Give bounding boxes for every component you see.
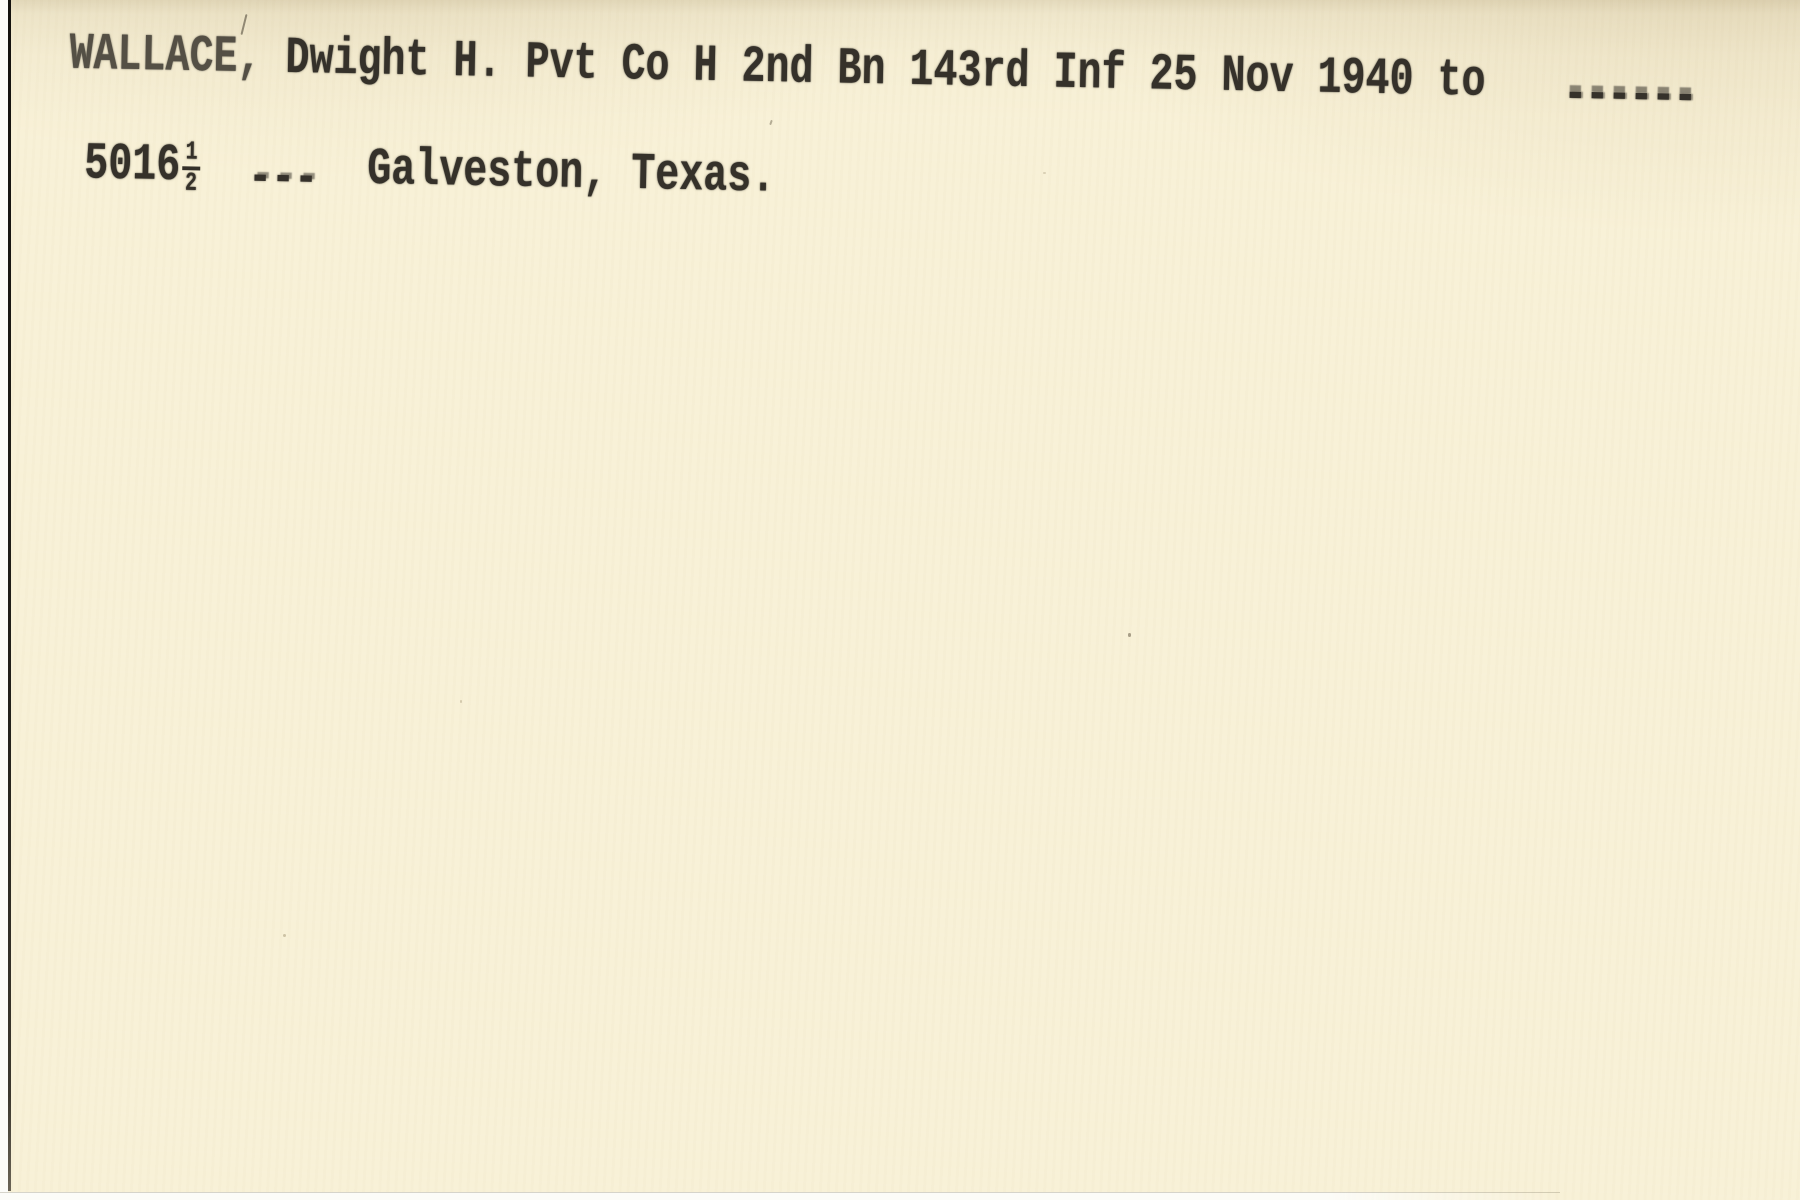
paper-speck <box>1043 172 1046 174</box>
paper-speck <box>1128 633 1131 637</box>
serial-number: 501612 <box>84 136 201 197</box>
card-left-edge-line <box>8 0 11 1191</box>
service-details-text: Dwight H. Pvt Co H 2nd Bn 143rd Inf 25 N… <box>285 30 1486 112</box>
serial-number-digits: 5016 <box>84 136 181 196</box>
scanner-edge-bottom <box>0 1192 1560 1200</box>
separator-dashes: --- <box>248 153 318 206</box>
surname-text: WALLACE, <box>69 26 262 88</box>
one-half-fraction: 12 <box>182 140 201 196</box>
scanner-edge-left <box>0 0 8 1200</box>
fraction-numerator: 1 <box>182 140 201 170</box>
paper-speck <box>769 120 773 125</box>
record-line-1: WALLACE,Dwight H. Pvt Co H 2nd Bn 143rd … <box>69 30 1696 113</box>
fraction-denominator: 2 <box>182 170 201 196</box>
trailing-blank-dashes: ------ <box>1563 70 1696 125</box>
paper-speck <box>283 934 286 937</box>
location-text: Galveston, Texas. <box>367 141 776 207</box>
scanned-index-card: WALLACE,Dwight H. Pvt Co H 2nd Bn 143rd … <box>0 0 1800 1200</box>
record-line-2: 501612---Galveston, Texas. <box>84 128 776 205</box>
paper-speck <box>460 700 462 703</box>
